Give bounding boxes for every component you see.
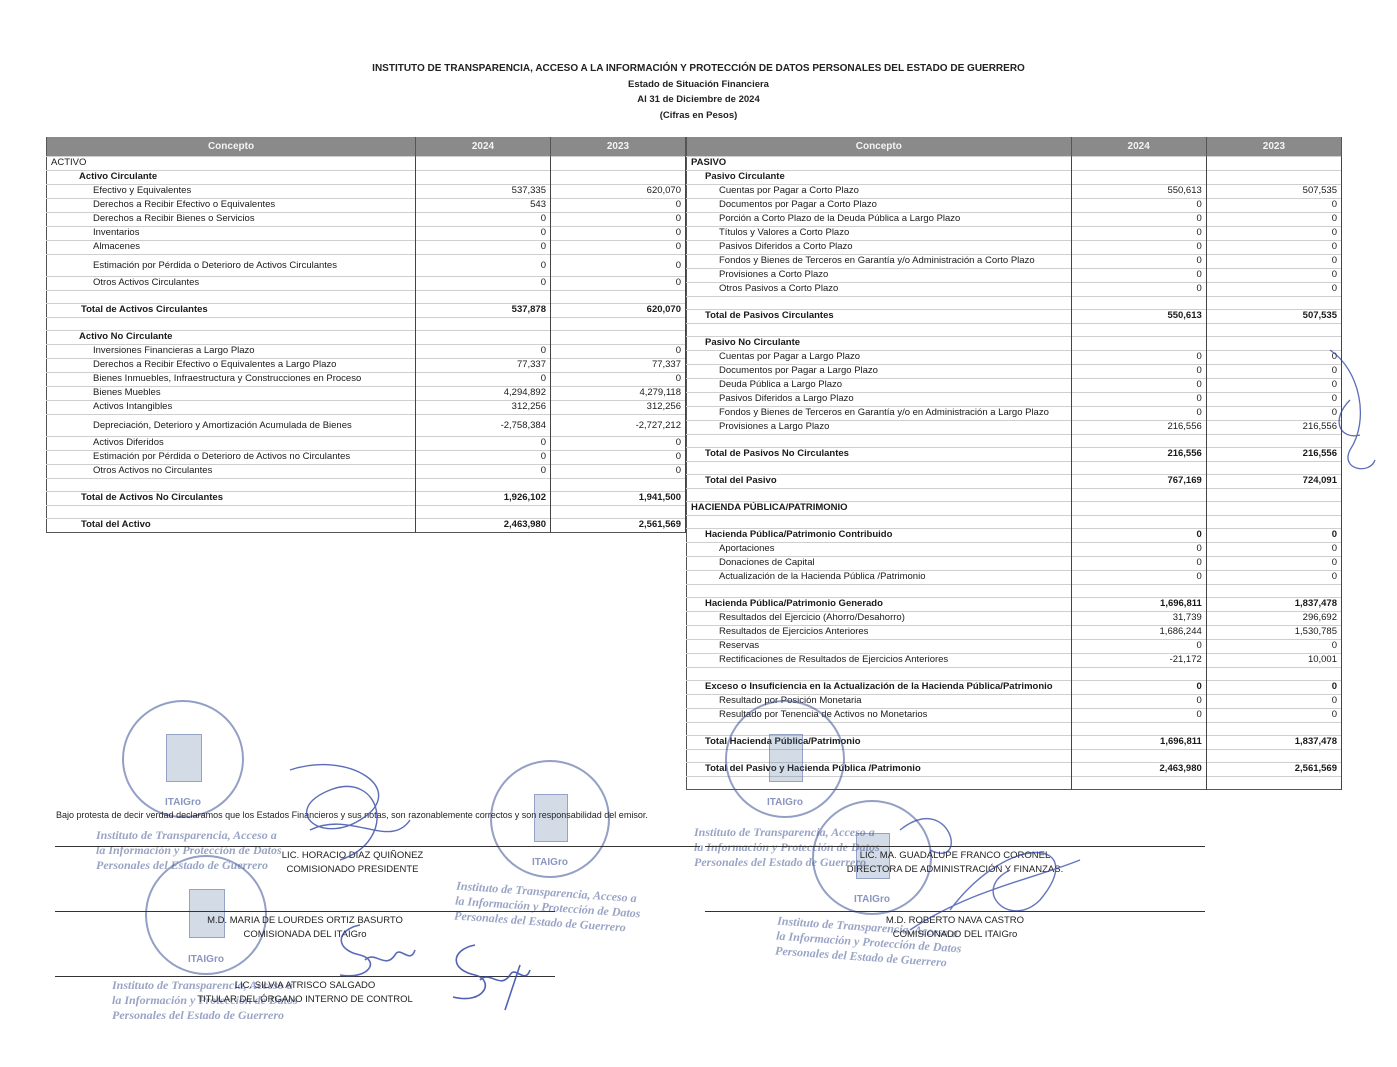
- table-row: Hacienda Pública/Patrimonio Generado1,69…: [687, 598, 1342, 612]
- table-row: Aportaciones00: [687, 543, 1342, 557]
- empty-cell: [1071, 435, 1206, 448]
- empty-cell: [416, 506, 551, 519]
- concept-label: Actualización de la Hacienda Pública /Pa…: [687, 571, 1072, 585]
- concept-label: Fondos y Bienes de Terceros en Garantía …: [687, 255, 1072, 269]
- table-row: Pasivo Circulante: [687, 171, 1342, 185]
- column-header-concept: Concepto: [47, 137, 416, 157]
- value-2023: 0: [1206, 213, 1341, 227]
- table-row: HACIENDA PÚBLICA/PATRIMONIO: [687, 502, 1342, 516]
- value-2023: 0: [551, 465, 686, 479]
- empty-cell: [551, 291, 686, 304]
- table-row: Inversiones Financieras a Largo Plazo00: [47, 345, 686, 359]
- table-row: Documentos por Pagar a Largo Plazo00: [687, 365, 1342, 379]
- column-header-2023: 2023: [551, 137, 686, 157]
- stamp-text-line: Instituto de Transparencia, Acceso a: [694, 825, 880, 840]
- value-2024: [1071, 502, 1206, 516]
- concept-label: Porción a Corto Plazo de la Deuda Públic…: [687, 213, 1072, 227]
- value-2023: 0: [1206, 199, 1341, 213]
- table-row: Resultados del Ejercicio (Ahorro/Desahor…: [687, 612, 1342, 626]
- table-row: Otros Pasivos a Corto Plazo00: [687, 283, 1342, 297]
- concept-label: Total de Activos No Circulantes: [47, 492, 416, 506]
- table-row: Donaciones de Capital00: [687, 557, 1342, 571]
- column-header-2024: 2024: [1071, 137, 1206, 157]
- concept-label: Donaciones de Capital: [687, 557, 1072, 571]
- pasivo-rows: PASIVOPasivo CirculanteCuentas por Pagar…: [687, 157, 1342, 790]
- empty-cell: [551, 318, 686, 331]
- signature-line: [55, 911, 555, 912]
- concept-label: Total del Activo: [47, 519, 416, 533]
- table-row: Efectivo y Equivalentes537,335620,070: [47, 185, 686, 199]
- concept-label: Activo No Circulante: [47, 331, 416, 345]
- value-2024: [1071, 171, 1206, 185]
- concept-label: Derechos a Recibir Efectivo o Equivalent…: [47, 199, 416, 213]
- value-2024: 0: [1071, 407, 1206, 421]
- table-row: Estimación por Pérdida o Deterioro de Ac…: [47, 451, 686, 465]
- value-2024: [1071, 157, 1206, 171]
- concept-label: HACIENDA PÚBLICA/PATRIMONIO: [687, 502, 1072, 516]
- empty-cell: [687, 324, 1072, 337]
- concept-label: Hacienda Pública/Patrimonio Generado: [687, 598, 1072, 612]
- concept-label: Otros Pasivos a Corto Plazo: [687, 283, 1072, 297]
- empty-cell: [551, 506, 686, 519]
- handwritten-signature-icon: [330, 915, 420, 985]
- concept-label: Otros Activos Circulantes: [47, 277, 416, 291]
- empty-cell: [687, 489, 1072, 502]
- empty-cell: [687, 516, 1072, 529]
- empty-cell: [1071, 297, 1206, 310]
- table-row: Otros Activos Circulantes00: [47, 277, 686, 291]
- table-row: ACTIVO: [47, 157, 686, 171]
- spacer-row: [687, 324, 1342, 337]
- concept-label: Efectivo y Equivalentes: [47, 185, 416, 199]
- stamp-label: ITAIGro: [188, 954, 224, 965]
- table-row: Depreciación, Deterioro y Amortización A…: [47, 415, 686, 437]
- spacer-row: [47, 291, 686, 304]
- value-2023: 0: [551, 277, 686, 291]
- value-2024: 77,337: [416, 359, 551, 373]
- concept-label: Activos Intangibles: [47, 401, 416, 415]
- empty-cell: [1206, 668, 1341, 681]
- value-2023: [1206, 157, 1341, 171]
- column-header-concept: Concepto: [687, 137, 1072, 157]
- value-2024: 2,463,980: [416, 519, 551, 533]
- value-2024: 31,739: [1071, 612, 1206, 626]
- pasivo-table: Concepto 2024 2023 PASIVOPasivo Circulan…: [686, 137, 1342, 790]
- spacer-row: [687, 585, 1342, 598]
- concept-label: Total de Pasivos Circulantes: [687, 310, 1072, 324]
- value-2024: [416, 331, 551, 345]
- value-2023: [551, 331, 686, 345]
- value-2024: 0: [1071, 640, 1206, 654]
- empty-cell: [47, 479, 416, 492]
- column-header-2024: 2024: [416, 137, 551, 157]
- concept-label: Depreciación, Deterioro y Amortización A…: [47, 415, 416, 437]
- table-row: Bienes Muebles4,294,8924,279,118: [47, 387, 686, 401]
- table-row: Derechos a Recibir Efectivo o Equivalent…: [47, 359, 686, 373]
- value-2024: 0: [416, 241, 551, 255]
- concept-label: Resultado por Posición Monetaria: [687, 695, 1072, 709]
- table-row: Total de Pasivos No Circulantes216,55621…: [687, 448, 1342, 462]
- handwritten-signature-icon: [270, 750, 420, 870]
- table-row: Deuda Pública a Largo Plazo00: [687, 379, 1342, 393]
- concept-label: Títulos y Valores a Corto Plazo: [687, 227, 1072, 241]
- official-stamp: ITAIGro: [725, 700, 845, 818]
- concept-label: Inventarios: [47, 227, 416, 241]
- empty-cell: [1071, 324, 1206, 337]
- empty-cell: [1071, 585, 1206, 598]
- table-row: Activos Intangibles312,256312,256: [47, 401, 686, 415]
- empty-cell: [47, 506, 416, 519]
- empty-cell: [47, 318, 416, 331]
- concept-label: Pasivos Diferidos a Corto Plazo: [687, 241, 1072, 255]
- value-2024: 550,613: [1071, 185, 1206, 199]
- table-row: Porción a Corto Plazo de la Deuda Públic…: [687, 213, 1342, 227]
- value-2023: 620,070: [551, 185, 686, 199]
- value-2024: 0: [416, 451, 551, 465]
- value-2024: [416, 157, 551, 171]
- concept-label: Pasivo No Circulante: [687, 337, 1072, 351]
- value-2023: [1206, 502, 1341, 516]
- empty-cell: [1071, 516, 1206, 529]
- value-2023: 0: [1206, 681, 1341, 695]
- table-row: Total de Activos Circulantes537,878620,0…: [47, 304, 686, 318]
- table-row: Títulos y Valores a Corto Plazo00: [687, 227, 1342, 241]
- empty-cell: [687, 297, 1072, 310]
- value-2023: 77,337: [551, 359, 686, 373]
- stamp-emblem-icon: [769, 734, 803, 782]
- official-stamp: ITAIGro: [122, 700, 244, 818]
- value-2024: 0: [416, 277, 551, 291]
- value-2023: [551, 157, 686, 171]
- table-row: Fondos y Bienes de Terceros en Garantía …: [687, 255, 1342, 269]
- table-row: Pasivos Diferidos a Largo Plazo00: [687, 393, 1342, 407]
- empty-cell: [1206, 723, 1341, 736]
- value-2023: 507,535: [1206, 185, 1341, 199]
- concept-label: Exceso o Insuficiencia en la Actualizaci…: [687, 681, 1072, 695]
- spacer-row: [687, 516, 1342, 529]
- handwritten-signature-icon: [445, 935, 535, 1015]
- table-row: Resultados de Ejercicios Anteriores1,686…: [687, 626, 1342, 640]
- concept-label: Pasivo Circulante: [687, 171, 1072, 185]
- table-row: Activos Diferidos00: [47, 437, 686, 451]
- value-2024: 0: [416, 213, 551, 227]
- empty-cell: [47, 291, 416, 304]
- value-2024: 537,335: [416, 185, 551, 199]
- table-row: Inventarios00: [47, 227, 686, 241]
- activo-rows: ACTIVOActivo CirculanteEfectivo y Equiva…: [47, 157, 686, 533]
- value-2024: 550,613: [1071, 310, 1206, 324]
- value-2023: 10,001: [1206, 654, 1341, 668]
- value-2023: 0: [551, 213, 686, 227]
- value-2023: 620,070: [551, 304, 686, 318]
- value-2024: 537,878: [416, 304, 551, 318]
- concept-label: Provisiones a Corto Plazo: [687, 269, 1072, 283]
- value-2023: 0: [1206, 571, 1341, 585]
- table-row: Exceso o Insuficiencia en la Actualizaci…: [687, 681, 1342, 695]
- table-row: Provisiones a Largo Plazo216,556216,556: [687, 421, 1342, 435]
- value-2023: 0: [1206, 241, 1341, 255]
- value-2023: 0: [1206, 640, 1341, 654]
- value-2024: 4,294,892: [416, 387, 551, 401]
- table-row: Hacienda Pública/Patrimonio Contribuido0…: [687, 529, 1342, 543]
- concept-label: Otros Activos no Circulantes: [47, 465, 416, 479]
- empty-cell: [416, 479, 551, 492]
- value-2024: 0: [1071, 283, 1206, 297]
- value-2024: 0: [1071, 269, 1206, 283]
- concept-label: PASIVO: [687, 157, 1072, 171]
- value-2023: -2,727,212: [551, 415, 686, 437]
- table-row: Estimación por Pérdida o Deterioro de Ac…: [47, 255, 686, 277]
- empty-cell: [1071, 777, 1206, 790]
- table-row: Activo No Circulante: [47, 331, 686, 345]
- empty-cell: [416, 318, 551, 331]
- value-2023: 0: [551, 451, 686, 465]
- value-2023: 0: [1206, 543, 1341, 557]
- value-2024: 0: [1071, 571, 1206, 585]
- empty-cell: [551, 479, 686, 492]
- column-header-2023: 2023: [1206, 137, 1341, 157]
- value-2024: 0: [1071, 709, 1206, 723]
- value-2023: 0: [1206, 695, 1341, 709]
- table-row: Documentos por Pagar a Corto Plazo00: [687, 199, 1342, 213]
- statement-title: Estado de Situación Financiera: [0, 77, 1397, 93]
- empty-cell: [1071, 723, 1206, 736]
- concept-label: Resultados del Ejercicio (Ahorro/Desahor…: [687, 612, 1072, 626]
- stamp-label: ITAIGro: [767, 797, 803, 808]
- value-2024: 0: [1071, 255, 1206, 269]
- value-2023: 0: [1206, 269, 1341, 283]
- handwritten-signature-icon: [1320, 340, 1380, 480]
- table-row: Total del Pasivo767,169724,091: [687, 475, 1342, 489]
- statement-date: Al 31 de Diciembre de 2024: [0, 92, 1397, 108]
- concept-label: Total de Pasivos No Circulantes: [687, 448, 1072, 462]
- value-2023: 0: [551, 241, 686, 255]
- concept-label: Almacenes: [47, 241, 416, 255]
- empty-cell: [1206, 489, 1341, 502]
- value-2024: 0: [416, 373, 551, 387]
- spacer-row: [687, 489, 1342, 502]
- empty-cell: [1206, 750, 1341, 763]
- value-2023: 1,837,478: [1206, 598, 1341, 612]
- value-2024: 216,556: [1071, 421, 1206, 435]
- concept-label: Activos Diferidos: [47, 437, 416, 451]
- table-header-row: Concepto 2024 2023: [687, 137, 1342, 157]
- empty-cell: [687, 585, 1072, 598]
- value-2024: 0: [1071, 681, 1206, 695]
- value-2023: 1,941,500: [551, 492, 686, 506]
- value-2023: 507,535: [1206, 310, 1341, 324]
- concept-label: Hacienda Pública/Patrimonio Contribuido: [687, 529, 1072, 543]
- value-2023: 1,530,785: [1206, 626, 1341, 640]
- value-2024: 1,686,244: [1071, 626, 1206, 640]
- value-2024: 0: [416, 465, 551, 479]
- value-2023: 312,256: [551, 401, 686, 415]
- value-2023: 0: [1206, 529, 1341, 543]
- value-2023: 2,561,569: [1206, 763, 1341, 777]
- table-row: Fondos y Bienes de Terceros en Garantía …: [687, 407, 1342, 421]
- value-2024: 0: [1071, 379, 1206, 393]
- concept-label: Bienes Muebles: [47, 387, 416, 401]
- empty-cell: [1071, 668, 1206, 681]
- concept-label: Rectificaciones de Resultados de Ejercic…: [687, 654, 1072, 668]
- empty-cell: [687, 435, 1072, 448]
- concept-label: Total del Pasivo: [687, 475, 1072, 489]
- value-2023: 0: [551, 437, 686, 451]
- empty-cell: [1071, 750, 1206, 763]
- concept-label: Estimación por Pérdida o Deterioro de Ac…: [47, 255, 416, 277]
- value-2024: 1,696,811: [1071, 598, 1206, 612]
- value-2024: 2,463,980: [1071, 763, 1206, 777]
- concept-label: Reservas: [687, 640, 1072, 654]
- table-row: PASIVO: [687, 157, 1342, 171]
- empty-cell: [687, 462, 1072, 475]
- table-row: Cuentas por Pagar a Corto Plazo550,61350…: [687, 185, 1342, 199]
- value-2023: [551, 171, 686, 185]
- value-2024: 0: [1071, 351, 1206, 365]
- value-2024: 312,256: [416, 401, 551, 415]
- table-row: Provisiones a Corto Plazo00: [687, 269, 1342, 283]
- value-2024: 0: [1071, 199, 1206, 213]
- empty-cell: [1206, 777, 1341, 790]
- table-row: Total del Activo2,463,9802,561,569: [47, 519, 686, 533]
- table-row: Derechos a Recibir Efectivo o Equivalent…: [47, 199, 686, 213]
- value-2023: 0: [1206, 283, 1341, 297]
- concept-label: Deuda Pública a Largo Plazo: [687, 379, 1072, 393]
- concept-label: Bienes Inmuebles, Infraestructura y Cons…: [47, 373, 416, 387]
- concept-label: Provisiones a Largo Plazo: [687, 421, 1072, 435]
- concept-label: Cuentas por Pagar a Largo Plazo: [687, 351, 1072, 365]
- value-2024: 0: [1071, 393, 1206, 407]
- value-2024: 0: [416, 345, 551, 359]
- concept-label: Estimación por Pérdida o Deterioro de Ac…: [47, 451, 416, 465]
- table-row: Activo Circulante: [47, 171, 686, 185]
- value-2023: 0: [1206, 255, 1341, 269]
- pasivo-sheet: Concepto 2024 2023 PASIVOPasivo Circulan…: [686, 137, 1342, 790]
- concept-label: Documentos por Pagar a Corto Plazo: [687, 199, 1072, 213]
- empty-cell: [1071, 489, 1206, 502]
- value-2024: -21,172: [1071, 654, 1206, 668]
- empty-cell: [1206, 585, 1341, 598]
- table-row: Total de Activos No Circulantes1,926,102…: [47, 492, 686, 506]
- concept-label: Total de Activos Circulantes: [47, 304, 416, 318]
- table-row: Total de Pasivos Circulantes550,613507,5…: [687, 310, 1342, 324]
- value-2023: 1,837,478: [1206, 736, 1341, 750]
- table-row: Rectificaciones de Resultados de Ejercic…: [687, 654, 1342, 668]
- spacer-row: [687, 435, 1342, 448]
- table-row: Otros Activos no Circulantes00: [47, 465, 686, 479]
- empty-cell: [1206, 324, 1341, 337]
- value-2023: 296,692: [1206, 612, 1341, 626]
- table-row: Almacenes00: [47, 241, 686, 255]
- value-2024: 0: [1071, 241, 1206, 255]
- value-2024: [416, 171, 551, 185]
- empty-cell: [687, 668, 1072, 681]
- concept-label: Fondos y Bienes de Terceros en Garantía …: [687, 407, 1072, 421]
- value-2024: 0: [416, 255, 551, 277]
- spacer-row: [47, 506, 686, 519]
- value-2024: 0: [1071, 227, 1206, 241]
- value-2023: 0: [551, 255, 686, 277]
- value-2024: 0: [1071, 543, 1206, 557]
- value-2023: 0: [551, 199, 686, 213]
- stamp-label: ITAIGro: [165, 797, 201, 808]
- stamp-label: ITAIGro: [854, 894, 890, 905]
- value-2024: 0: [416, 227, 551, 241]
- value-2023: 0: [1206, 709, 1341, 723]
- value-2023: 2,561,569: [551, 519, 686, 533]
- concept-label: Aportaciones: [687, 543, 1072, 557]
- statement-units: (Cifras en Pesos): [0, 108, 1397, 124]
- signer-name: M.D. MARIA DE LOURDES ORTIZ BASURTO: [55, 914, 555, 928]
- spacer-row: [687, 668, 1342, 681]
- spacer-row: [47, 479, 686, 492]
- stamp-text-line: Personales del Estado de Guerrero: [112, 1008, 298, 1023]
- spacer-row: [47, 318, 686, 331]
- value-2024: -2,758,384: [416, 415, 551, 437]
- table-row: Pasivo No Circulante: [687, 337, 1342, 351]
- stamp-emblem-icon: [166, 734, 201, 782]
- table-row: Pasivos Diferidos a Corto Plazo00: [687, 241, 1342, 255]
- table-row: Reservas00: [687, 640, 1342, 654]
- concept-label: ACTIVO: [47, 157, 416, 171]
- empty-cell: [1071, 462, 1206, 475]
- value-2024: 0: [1071, 695, 1206, 709]
- concept-label: Derechos a Recibir Efectivo o Equivalent…: [47, 359, 416, 373]
- value-2023: 0: [1206, 557, 1341, 571]
- activo-table: Concepto 2024 2023 ACTIVOActivo Circulan…: [46, 137, 686, 533]
- value-2024: 543: [416, 199, 551, 213]
- concept-label: Pasivos Diferidos a Largo Plazo: [687, 393, 1072, 407]
- activo-sheet: Concepto 2024 2023 ACTIVOActivo Circulan…: [46, 137, 686, 533]
- empty-cell: [1206, 297, 1341, 310]
- value-2024: 216,556: [1071, 448, 1206, 462]
- value-2024: 0: [1071, 365, 1206, 379]
- organization-name: INSTITUTO DE TRANSPARENCIA, ACCESO A LA …: [0, 61, 1397, 77]
- spacer-row: [687, 462, 1342, 475]
- concept-label: Activo Circulante: [47, 171, 416, 185]
- document-header: INSTITUTO DE TRANSPARENCIA, ACCESO A LA …: [0, 61, 1397, 123]
- value-2023: 4,279,118: [551, 387, 686, 401]
- value-2024: 1,696,811: [1071, 736, 1206, 750]
- value-2023: [1206, 171, 1341, 185]
- value-2023: 0: [551, 227, 686, 241]
- value-2024: 1,926,102: [416, 492, 551, 506]
- value-2024: 0: [1071, 557, 1206, 571]
- table-header-row: Concepto 2024 2023: [47, 137, 686, 157]
- stamp-text-line: Instituto de Transparencia, Acceso a: [96, 828, 282, 843]
- table-row: Bienes Inmuebles, Infraestructura y Cons…: [47, 373, 686, 387]
- value-2024: 0: [416, 437, 551, 451]
- value-2024: [1071, 337, 1206, 351]
- value-2024: 767,169: [1071, 475, 1206, 489]
- concept-label: Documentos por Pagar a Largo Plazo: [687, 365, 1072, 379]
- concept-label: Resultados de Ejercicios Anteriores: [687, 626, 1072, 640]
- empty-cell: [1206, 516, 1341, 529]
- table-row: Actualización de la Hacienda Pública /Pa…: [687, 571, 1342, 585]
- empty-cell: [416, 291, 551, 304]
- table-row: Derechos a Recibir Bienes o Servicios00: [47, 213, 686, 227]
- value-2024: 0: [1071, 529, 1206, 543]
- concept-label: Inversiones Financieras a Largo Plazo: [47, 345, 416, 359]
- value-2024: 0: [1071, 213, 1206, 227]
- value-2023: 0: [551, 345, 686, 359]
- concept-label: Cuentas por Pagar a Corto Plazo: [687, 185, 1072, 199]
- value-2023: 0: [551, 373, 686, 387]
- handwritten-signature-icon: [890, 790, 1090, 940]
- table-row: Cuentas por Pagar a Largo Plazo00: [687, 351, 1342, 365]
- value-2023: 0: [1206, 227, 1341, 241]
- concept-label: Derechos a Recibir Bienes o Servicios: [47, 213, 416, 227]
